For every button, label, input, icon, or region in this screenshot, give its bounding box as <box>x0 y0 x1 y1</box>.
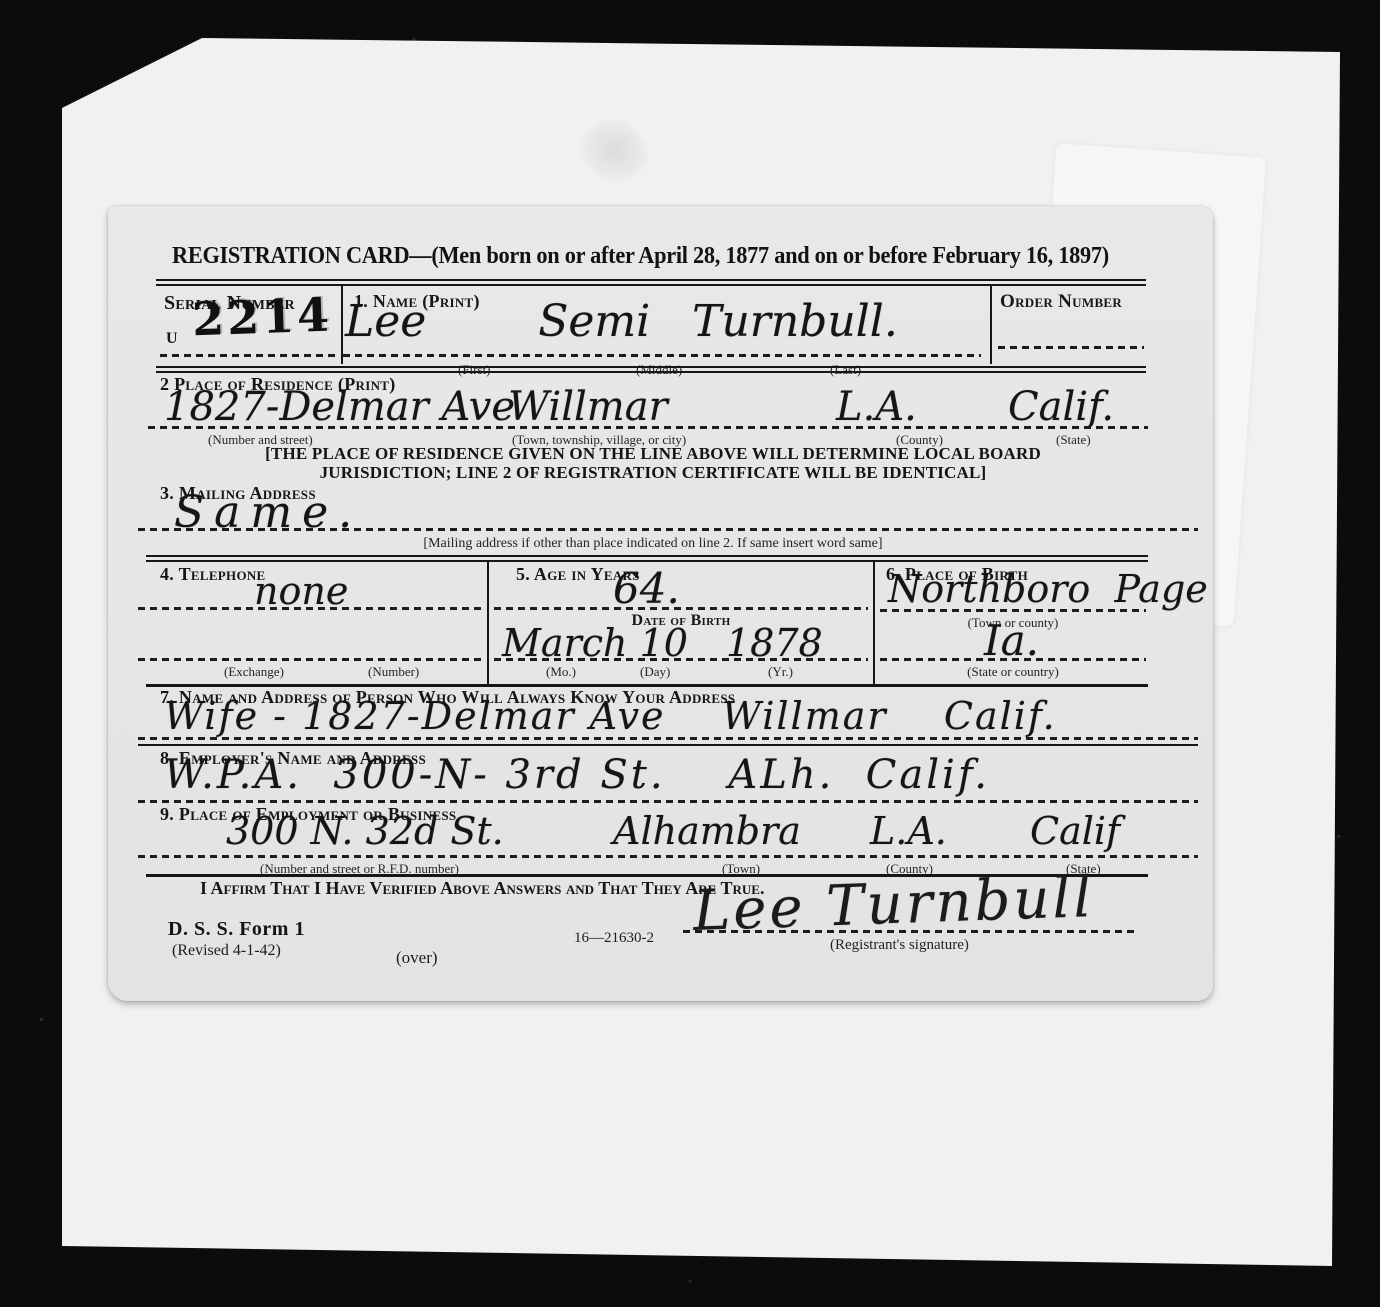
employment-state-value: Calif <box>1030 812 1120 850</box>
mailing-double-rule <box>146 555 1148 562</box>
telephone-dotted-line1 <box>138 607 482 610</box>
name-order-divider <box>990 286 992 364</box>
dob-dotted-line <box>494 658 868 661</box>
affirmation-text: I Affirm That I Have Verified Above Answ… <box>200 878 764 899</box>
residence-town-value: Willmar <box>508 387 668 427</box>
birthplace-dotted-line2 <box>880 658 1146 661</box>
name-value: Lee Semi Turnbull. <box>345 300 898 344</box>
signature-dotted-line <box>683 930 1139 933</box>
employment-street-value: 300 N. 32d St. <box>226 812 504 850</box>
card-title: REGISTRATION CARD—(Men born on or after … <box>172 243 1109 270</box>
jurisdiction-notice-line1: [THE PLACE OF RESIDENCE GIVEN ON THE LIN… <box>160 444 1146 464</box>
residence-state-value: Calif. <box>1008 387 1114 427</box>
telephone-dotted-line2 <box>138 658 482 661</box>
telephone-sub-number: (Number) <box>368 665 419 679</box>
serial-dotted-line <box>160 354 340 357</box>
scan-background: { "title": "REGISTRATION CARD—(Men born … <box>0 0 1380 1307</box>
mailing-sub: [Mailing address if other than place ind… <box>160 536 1146 551</box>
age-value: 64. <box>613 568 680 610</box>
header-double-rule <box>156 279 1146 286</box>
mailing-dotted-line <box>138 528 1198 531</box>
form-number: D. S. S. Form 1 <box>168 918 305 941</box>
residence-street-value: 1827-Delmar Ave <box>164 387 515 427</box>
serial-prefix: U <box>166 330 178 348</box>
employer-value: W.P.A. 300-N- 3rd St. ALh. Calif. <box>164 755 990 795</box>
dob-year-value: 1878 <box>726 624 823 662</box>
order-dotted-line <box>998 346 1144 349</box>
telephone-value: none <box>254 572 348 610</box>
birthplace-sub-state: (State or country) <box>880 665 1146 679</box>
employment-dotted-line <box>138 855 1198 858</box>
registration-card: REGISTRATION CARD—(Men born on or after … <box>108 206 1213 1001</box>
form-revision: (Revised 4-1-42) <box>172 942 281 960</box>
age-birth-divider <box>873 562 875 684</box>
serial-name-divider <box>341 286 343 364</box>
dob-sub-mo: (Mo.) <box>546 665 576 679</box>
over-note: (over) <box>396 948 438 968</box>
serial-number-stamp: 2214 <box>191 288 333 347</box>
order-number-label: Order Number <box>1000 292 1122 313</box>
watermark-smudge <box>553 91 677 211</box>
signature-sub: (Registrant's signature) <box>830 937 969 954</box>
employment-county-value: L.A. <box>870 812 947 850</box>
telephone-sub-exchange: (Exchange) <box>224 665 284 679</box>
residence-county-value: L.A. <box>836 387 917 427</box>
residence-dotted-line <box>148 426 1148 429</box>
name-dotted-line <box>343 354 981 357</box>
jurisdiction-notice-line2: JURISDICTION; LINE 2 OF REGISTRATION CER… <box>160 463 1146 483</box>
birthplace-dotted-line1 <box>880 609 1146 612</box>
birthplace-town-value: Northboro Page <box>888 570 1208 608</box>
contact-value: Wife - 1827-Delmar Ave Willmar Calif. <box>164 697 1057 735</box>
employment-town-value: Alhambra <box>613 812 801 850</box>
telephone-label: 4. Telephone <box>160 565 266 585</box>
row1-double-rule <box>156 366 1146 373</box>
birthplace-state-value: Ia. <box>984 620 1039 662</box>
contact-rule <box>138 744 1198 746</box>
dob-sub-day: (Day) <box>640 665 670 679</box>
telephone-age-divider <box>487 562 489 684</box>
age-dotted-line <box>494 607 868 610</box>
employer-dotted-line <box>138 800 1198 803</box>
dob-month-day-value: March 10 <box>502 624 688 662</box>
print-code: 16—21630-2 <box>574 930 654 947</box>
dob-sub-yr: (Yr.) <box>768 665 793 679</box>
contact-dotted-line <box>138 737 1198 740</box>
